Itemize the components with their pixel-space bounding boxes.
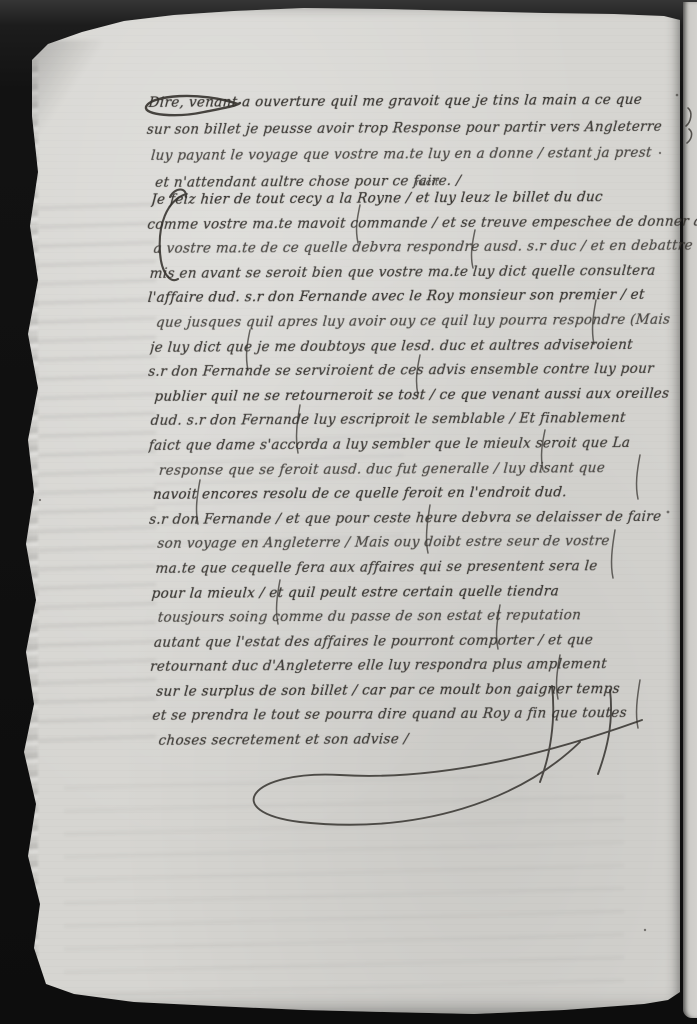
manuscript-line: son voyage en Angleterre / Mais ouy doib…	[156, 529, 697, 557]
manuscript-line: l'affaire dud. s.r don Fernande avec le …	[147, 283, 697, 311]
showthrough-left-margin	[38, 194, 156, 754]
manuscript-line: choses secretement et son advise /	[158, 726, 697, 754]
manuscript-line: publier quil ne se retourneroit se tost …	[153, 381, 697, 409]
manuscript-line: autant que l'estat des affaires le pourr…	[153, 627, 697, 655]
manuscript-line: dud. s.r don Fernande luy escriproit le …	[150, 406, 697, 434]
manuscript-line: retournant duc d'Angleterre elle luy res…	[149, 652, 697, 680]
manuscript-line: a vostre ma.te de ce quelle debvra respo…	[153, 234, 697, 262]
manuscript-line: faict que dame s'accorda a luy sembler q…	[148, 431, 697, 459]
deckled-left-edge	[12, 50, 38, 992]
manuscript-line: Dire, venant a ouverture quil me gravoit…	[148, 87, 697, 117]
top-left-corner-curl	[6, 40, 102, 136]
manuscript-line: tousjours soing comme du passe de son es…	[157, 603, 697, 631]
manuscript-line: je luy dict que je me doubtoys que lesd.…	[149, 332, 697, 360]
manuscript-line: luy payant le voyage que vostre ma.te lu…	[150, 140, 697, 170]
manuscript-photo: Dire, venant a ouverture quil me gravoit…	[0, 0, 697, 1024]
manuscript-line: pour la mieulx / et quil peult estre cer…	[151, 578, 697, 606]
manuscript-line: ma.te que cequelle fera aux affaires qui…	[154, 554, 697, 582]
manuscript-line: que jusques quil apres luy avoir ouy ce …	[155, 308, 697, 336]
manuscript-line: s.r don Fernande se serviroient de ces a…	[147, 357, 697, 385]
paragraph-2: Je feiz hier de tout cecy a la Royne / e…	[147, 185, 697, 754]
manuscript-line: response que se feroit ausd. duc fut gen…	[158, 455, 697, 483]
manuscript-line: comme vostre ma.te mavoit commande / et …	[146, 209, 697, 237]
manuscript-line: sur son billet je peusse avoir trop Resp…	[146, 113, 697, 143]
manuscript-line: navoit encores resolu de ce quelle feroi…	[152, 480, 697, 508]
showthrough-bottom	[64, 776, 624, 1002]
manuscript-line: s.r don Fernande / et que pour ceste heu…	[148, 504, 697, 532]
manuscript-line: Je feiz hier de tout cecy a la Royne / e…	[150, 185, 697, 213]
manuscript-line: et se prendra le tout se pourra dire qua…	[151, 701, 697, 729]
